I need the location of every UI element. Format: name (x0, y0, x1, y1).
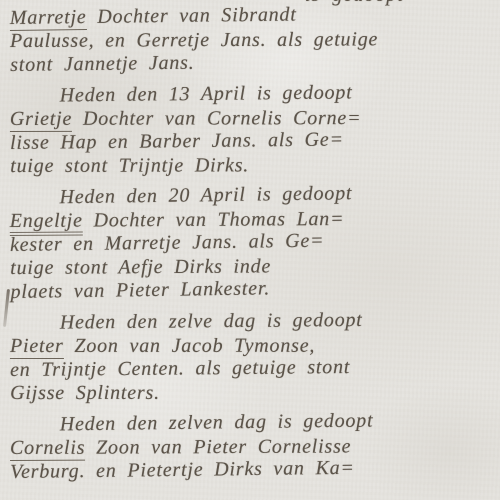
manuscript-line: Heden den 20 April is gedoopt (9, 180, 497, 210)
manuscript-line: en Trijntje Centen. als getuige stont (10, 354, 498, 382)
manuscript-line: Heden den zelve dag is gedoopt (10, 308, 498, 336)
manuscript-line: Heden den 13 April is gedoopt (10, 80, 498, 109)
child-name-underlined: Pieter (10, 335, 64, 359)
manuscript-line: Gijsse Splinters. (10, 382, 498, 406)
child-name-underlined: Marretje (10, 6, 87, 31)
baptism-entry: Heden den 20 April is gedooptEngeltje Do… (9, 182, 498, 304)
baptism-entry: Marretje Dochter van SibrandtPaulusse, e… (10, 3, 499, 77)
manuscript-line: tuige stont Trijntje Dirks. (10, 154, 498, 179)
baptism-entry: Heden den 13 April is gedooptGrietje Doc… (10, 82, 499, 179)
child-name-underlined: Grietje (10, 108, 72, 132)
child-name-underlined: Cornelis (10, 437, 85, 461)
manuscript-line: lisse Hap en Barber Jans. als Ge= (10, 127, 498, 156)
manuscript-line: stont Jannetje Jans. (10, 48, 498, 77)
manuscript-line: Marretje Dochter van Sibrandt (10, 1, 498, 30)
baptism-entry: Heden den zelven dag is gedooptCornelis … (10, 409, 499, 483)
baptism-entry: Heden den zelve dag is gedooptPieter Zoo… (10, 309, 498, 405)
manuscript-page: is gedoopt Marretje Dochter van Sibrandt… (0, 0, 500, 500)
manuscript-line: Heden den zelven dag is gedoopt (10, 408, 498, 437)
manuscript-entries: Marretje Dochter van SibrandtPaulusse, e… (10, 7, 498, 492)
